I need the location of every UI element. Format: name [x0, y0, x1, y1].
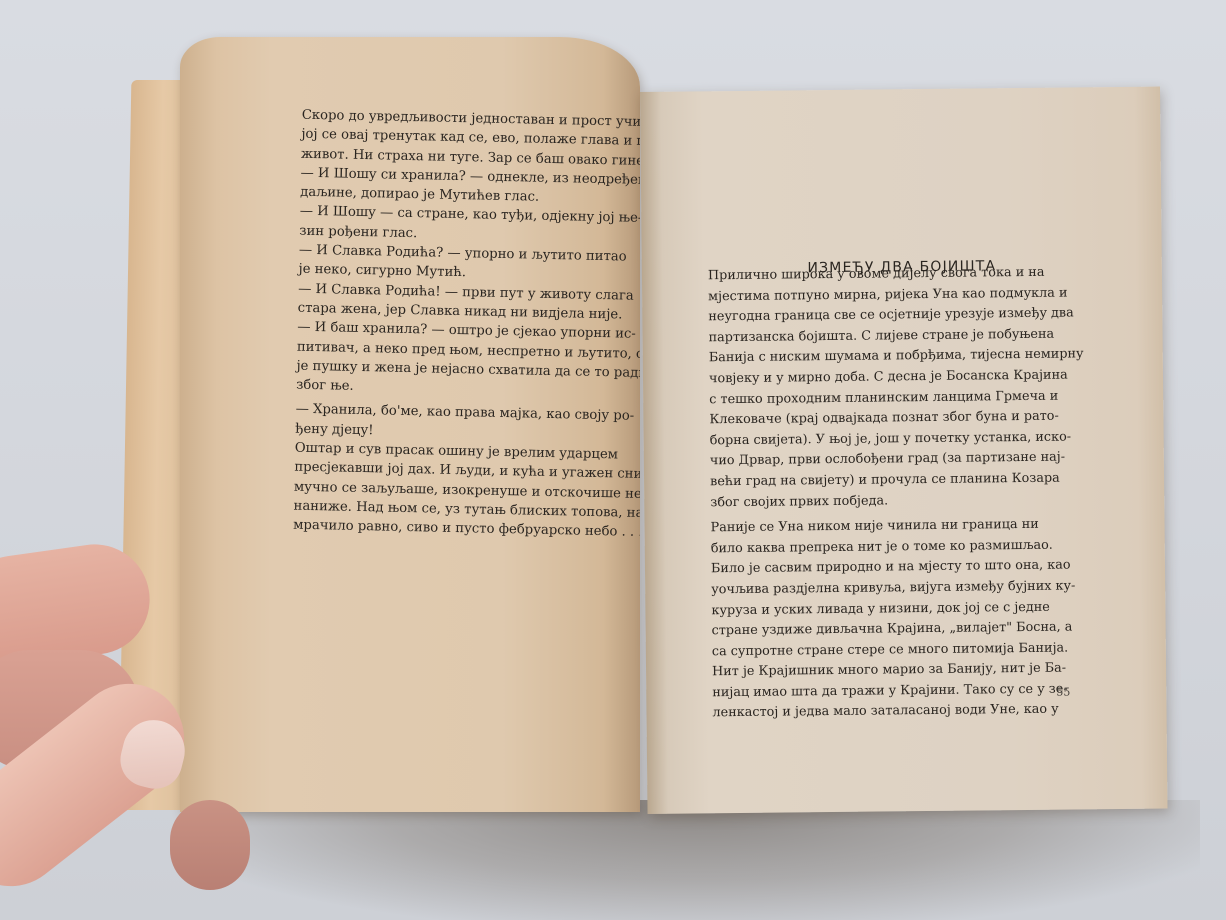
right-page: ИЗМЕЂУ ДВА БОЈИШТА Прилично широка у ово…: [640, 87, 1168, 814]
text-line: ленкастој и једва мало заталасаној води …: [678, 700, 1102, 725]
photo-scene: Скоро до увредљивости једноставан и прос…: [0, 0, 1226, 920]
finger-under-book: [170, 800, 250, 890]
page-number: 55: [1056, 686, 1070, 699]
hand: [0, 550, 260, 920]
paragraph: Оштар и сув прасак ошину је врелим ударц…: [259, 438, 626, 542]
left-page-text: Скоро до увредљивости једноставан и прос…: [259, 105, 633, 542]
paragraph: Раније се Уна ником није чинила ни грани…: [676, 514, 1102, 724]
paragraph: Прилично широка у овоме дијелу свога ток…: [674, 262, 1101, 514]
paragraph: — И баш хранила? — оштро је сјекао упорн…: [262, 317, 629, 402]
paragraph: Скоро до увредљивости једноставан и прос…: [267, 105, 633, 171]
book-shadow: [200, 800, 1200, 920]
text-line: због својих првих побједа.: [676, 489, 1100, 514]
right-page-text: Прилично широка у овоме дијелу свога ток…: [674, 262, 1103, 724]
